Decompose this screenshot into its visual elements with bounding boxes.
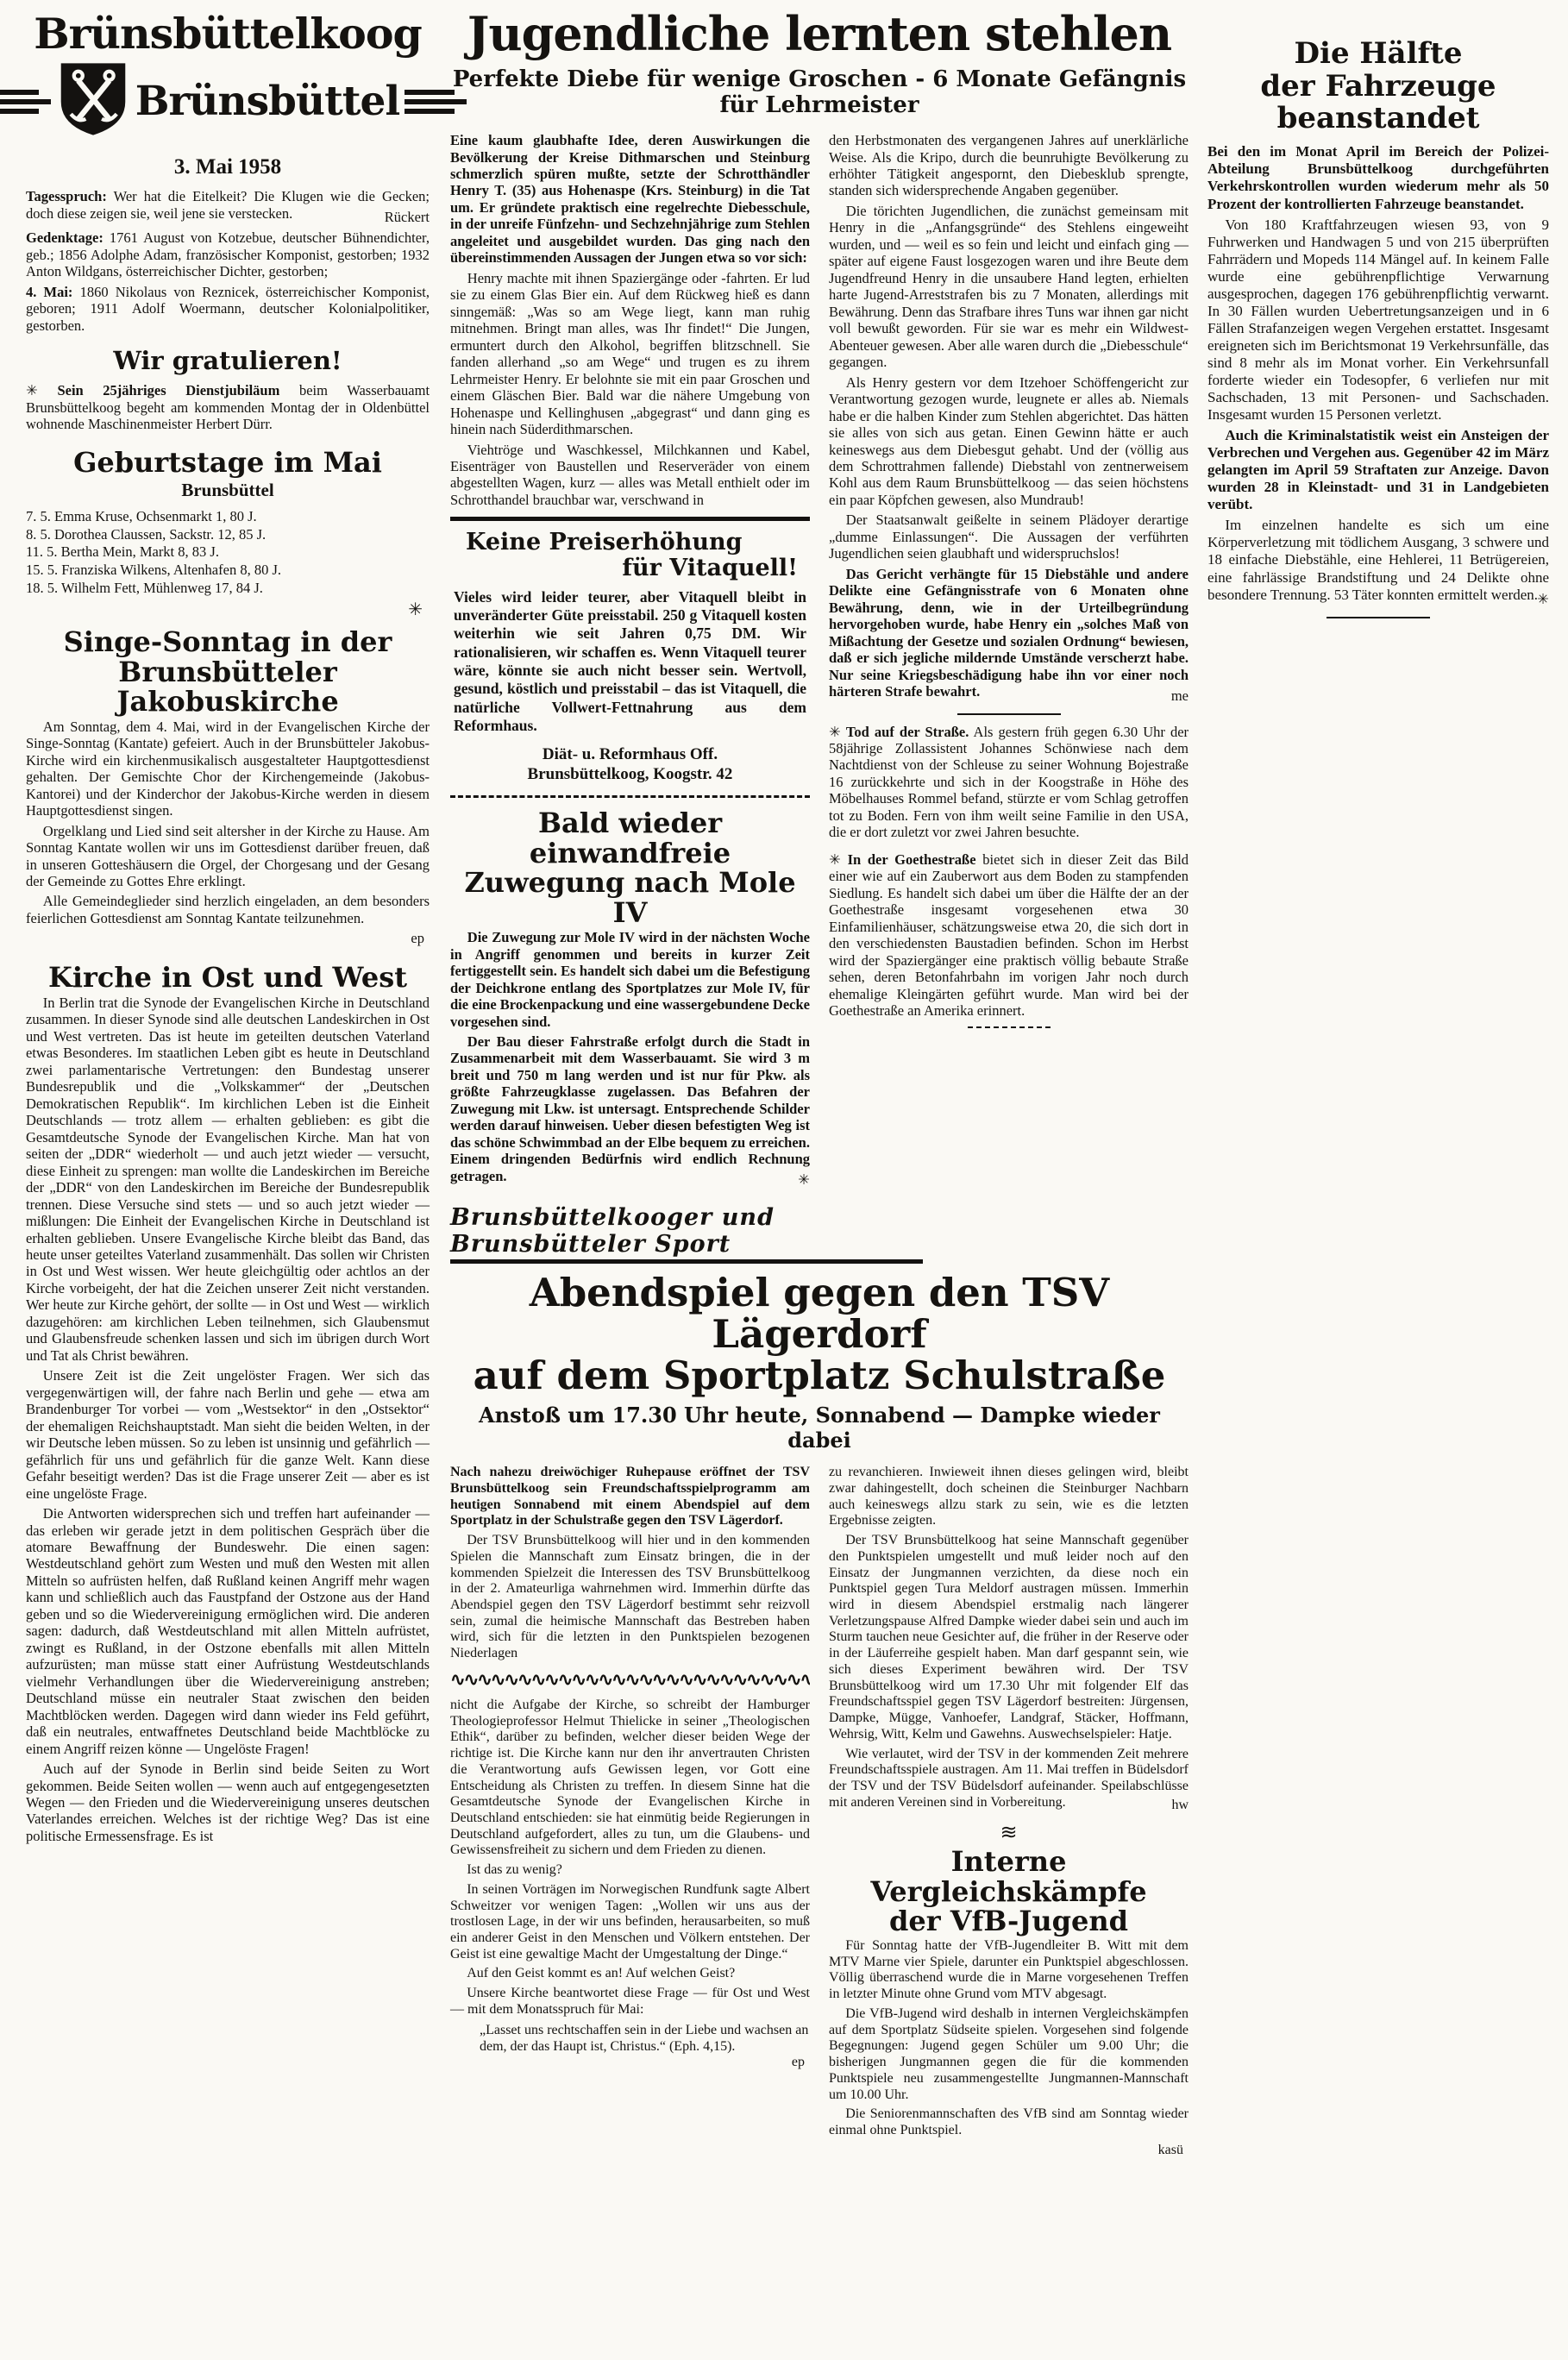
gratulieren-paragraph: ✳ Sein 25jähriges Dienstjubiläum beim Wa… — [26, 382, 430, 432]
tod-paragraph: ✳ Tod auf der Straße. Als gestern früh g… — [829, 724, 1189, 841]
masthead-title-line2: Brünsbüttel — [135, 78, 400, 125]
vitaquell-ad: Keine Preiserhöhung für Vitaquell! Viele… — [450, 517, 810, 798]
divider — [968, 1026, 1051, 1028]
sport-columns: Nach nahezu dreiwöchiger Ruhepause eröff… — [450, 1465, 1189, 2161]
main-article-column-b: den Herbstmonaten des vergangenen Jahres… — [829, 132, 1189, 1192]
monatsspruch-paragraph-3: In seinen Vorträgen im Norwegischen Rund… — [450, 1882, 810, 1963]
singe-signature: ep — [26, 930, 424, 947]
item-star-icon: ✳ — [26, 382, 38, 399]
mole-paragraph-2: Der Bau dieser Fahrstraße erfolgt durch … — [450, 1033, 810, 1184]
mole-heading-line2: Zuwegung nach Mole IV — [464, 866, 795, 929]
mole-heading: Bald wieder einwandfreieZuwegung nach Mo… — [450, 808, 810, 927]
right-heading-line2: der Fahrzeuge beanstandet — [1260, 69, 1496, 135]
main-article-column-a: Eine kaum glaubhafte Idee, deren Auswirk… — [450, 132, 810, 1192]
masthead-title-line1: Brünsbüttelkoog — [26, 12, 430, 56]
birthday-entry: 11. 5. Bertha Mein, Markt 8, 83 J. — [26, 543, 430, 562]
vitaquell-body: Vieles wird leider teurer, aber Vitaquel… — [454, 588, 806, 736]
vfb-paragraph-2: Die VfB-Jugend wird deshalb in internen … — [829, 2006, 1189, 2103]
sport-column-a: Nach nahezu dreiwöchiger Ruhepause eröff… — [450, 1465, 810, 2161]
goethe-text: bietet sich in dieser Zeit das Bild eine… — [829, 851, 1189, 1019]
divider — [1327, 617, 1430, 618]
vitaquell-address-line2: Brunsbüttelkoog, Koogstr. 42 — [528, 765, 733, 783]
sport-paragraph-b2: Der TSV Brunsbüttelkoog hat seine Mannsc… — [829, 1533, 1189, 1742]
geburtstage-heading: Geburtstage im Mai — [26, 448, 430, 478]
monatsspruch-paragraph-4: Auf den Geist kommt es an! Auf welchen G… — [450, 1966, 810, 1982]
kirche-paragraph-2: Unsere Zeit ist die Zeit ungelöster Frag… — [26, 1367, 430, 1502]
main-paragraph-b4: Der Staatsanwalt geißelte in seinem Pläd… — [829, 512, 1189, 562]
left-column: Brünsbüttelkoog — [26, 12, 430, 1848]
mai4-paragraph: 4. Mai: 1860 Nikolaus von Reznicek, öste… — [26, 284, 430, 334]
main-paragraph-a3: Viehtröge und Waschkessel, Milchkannen u… — [450, 442, 810, 509]
vfb-heading-line1: Interne Vergleichskämpfe — [870, 1845, 1146, 1908]
sport-subhead: Anstoß um 17.30 Uhr heute, Sonnabend — D… — [450, 1403, 1189, 1453]
section-star-icon: ✳ — [26, 599, 423, 620]
goethe-paragraph: ✳ In der Goethestraße bietet sich in die… — [829, 851, 1189, 1020]
main-verdict-paragraph: Das Gericht verhängte für 15 Diebstähle … — [829, 566, 1189, 700]
squiggle-divider-icon: ≋ — [829, 1820, 1189, 1845]
item-star-icon: ✳ — [829, 851, 841, 868]
birthday-entry: 7. 5. Emma Kruse, Ochsenmarkt 1, 80 J. — [26, 508, 430, 526]
singe-paragraph-2: Orgelklang und Lied sind seit altersher … — [26, 823, 430, 890]
sport-kicker-text: Brunsbüttelkooger und Brunsbütteler Spor… — [450, 1204, 923, 1258]
singe-heading-line1: Singe-Sonntag in der — [64, 625, 392, 658]
sport-kicker-rule — [450, 1259, 923, 1264]
main-headline: Jugendliche lernten stehlen — [450, 10, 1189, 58]
right-heading-line1: Die Hälfte — [1295, 36, 1463, 71]
birthday-entry: 15. 5. Franziska Wilkens, Altenhafen 8, … — [26, 562, 430, 580]
gedenktage-label: Gedenktage: — [26, 229, 103, 246]
birthday-entry: 18. 5. Wilhelm Fett, Mühlenweg 17, 84 J. — [26, 580, 430, 598]
main-article-columns: Eine kaum glaubhafte Idee, deren Auswirk… — [450, 132, 1189, 1192]
monatsspruch-quote: „Lasset uns rechtschaffen sein in der Li… — [480, 2022, 810, 2055]
masthead-row: Brünsbüttel — [26, 60, 430, 143]
issue-date: 3. Mai 1958 — [26, 155, 430, 179]
sport-headline: Abendspiel gegen den TSV Lägerdorfauf de… — [450, 1272, 1189, 1396]
kirche-heading: Kirche in Ost und West — [26, 963, 430, 993]
mole-article: Bald wieder einwandfreieZuwegung nach Mo… — [450, 808, 810, 1189]
vitaquell-address: Diät- u. Reformhaus Off.Brunsbüttelkoog,… — [454, 744, 806, 786]
masthead: Brünsbüttelkoog — [26, 12, 430, 179]
kirche-paragraph-4: Auch auf der Synode in Berlin sind beide… — [26, 1761, 430, 1844]
singe-heading: Singe-Sonntag in derBrunsbütteler Jakobu… — [26, 627, 430, 717]
mole-paragraph-1: Die Zuwegung zur Mole IV wird in der näc… — [450, 929, 810, 1030]
kirche-paragraph-3: Die Antworten widersprechen sich und tre… — [26, 1505, 430, 1757]
singe-paragraph-1: Am Sonntag, dem 4. Mai, wird in der Evan… — [26, 719, 430, 819]
kirche-paragraph-1: In Berlin trat die Synode der Evangelisc… — [26, 995, 430, 1364]
singe-heading-line2: Brunsbütteler Jakobuskirche — [116, 656, 338, 719]
monatsspruch-paragraph-2: Ist das zu wenig? — [450, 1862, 810, 1879]
item-star-icon: ✳ — [829, 724, 841, 740]
divider — [957, 713, 1061, 715]
shield-crossed-anchors-icon — [56, 60, 130, 143]
sport-lead-paragraph: Nach nahezu dreiwöchiger Ruhepause eröff… — [450, 1465, 810, 1529]
speed-lines-left-icon — [0, 90, 51, 114]
right-column: Die Hälfteder Fahrzeuge beanstandet Bei … — [1207, 14, 1549, 627]
geburtstage-subheading: Brunsbüttel — [26, 480, 430, 501]
main-paragraph-b2: Die törichten Jugendlichen, die zunächst… — [829, 203, 1189, 371]
vitaquell-address-line1: Diät- u. Reformhaus Off. — [543, 745, 718, 763]
main-paragraph-b1: den Herbstmonaten des vergangenen Jahres… — [829, 132, 1189, 199]
mole-heading-line1: Bald wieder einwandfreie — [530, 807, 731, 869]
right-heading: Die Hälfteder Fahrzeuge beanstandet — [1207, 38, 1549, 135]
mai4-text: 1860 Nikolaus von Reznicek, österreichis… — [26, 284, 430, 334]
center-section: Jugendliche lernten stehlen Perfekte Die… — [450, 5, 1189, 2162]
tod-lead: Tod auf der Straße. — [846, 724, 969, 740]
newspaper-page: Brünsbüttelkoog — [0, 0, 1568, 2360]
main-lead-paragraph: Eine kaum glaubhafte Idee, deren Auswirk… — [450, 132, 810, 267]
vfb-paragraph-1: Für Sonntag hatte der VfB-Jugendleiter B… — [829, 1938, 1189, 2003]
vfb-signature: kasü — [829, 2143, 1183, 2158]
mai4-label: 4. Mai: — [26, 284, 72, 300]
main-subhead: Perfekte Diebe für wenige Groschen - 6 M… — [450, 66, 1189, 118]
vitaquell-heading-line1: Keine Preiserhöhung — [454, 530, 806, 555]
monatsspruch-paragraph-1: nicht die Aufgabe der Kirche, so schreib… — [450, 1698, 810, 1859]
monatsspruch-paragraph-5: Unsere Kirche beantwortet diese Frage — … — [450, 1986, 810, 2018]
gratulieren-lead: Sein 25jähriges Dienstjubiläum — [57, 382, 279, 399]
tagesspruch-label: Tagesspruch: — [26, 188, 107, 204]
right-paragraph-4: Im einzelnen handelte es sich um eine Kö… — [1207, 517, 1549, 603]
monatsspruch-signature: ep — [450, 2055, 805, 2070]
sport-headline-line1: Abendspiel gegen den TSV Lägerdorf — [530, 1270, 1109, 1357]
right-paragraph-3: Auch die Kriminalstatistik weist ein Ans… — [1207, 427, 1549, 513]
quote-text: „Lasset uns rechtschaffen sein in der Li… — [480, 2023, 808, 2054]
vfb-heading: Interne Vergleichskämpfeder VfB-Jugend — [829, 1847, 1189, 1936]
sport-section: Brunsbüttelkooger und Brunsbütteler Spor… — [450, 1204, 1189, 2161]
birthday-entry: 8. 5. Dorothea Claussen, Sackstr. 12, 85… — [26, 526, 430, 544]
vfb-paragraph-3: Die Seniorenmannschaften des VfB sind am… — [829, 2106, 1189, 2138]
vfb-heading-line2: der VfB-Jugend — [889, 1905, 1128, 1937]
main-paragraph-a2: Henry machte mit ihnen Spaziergänge oder… — [450, 270, 810, 438]
gedenktage-paragraph: Gedenktage: 1761 August von Kotzebue, de… — [26, 229, 430, 279]
tod-text: Als gestern früh gegen 6.30 Uhr der 58jä… — [829, 724, 1189, 841]
sport-headline-line2: auf dem Sportplatz Schulstraße — [474, 1353, 1166, 1398]
quote-reference: (Eph. 4,15). — [669, 2039, 735, 2054]
sport-column-b: zu revanchieren. Inwieweit ihnen dieses … — [829, 1465, 1189, 2161]
sport-paragraph-b1: zu revanchieren. Inwieweit ihnen dieses … — [829, 1465, 1189, 1529]
gratulieren-heading: Wir gratulieren! — [26, 348, 430, 375]
rope-divider: ∿∿∿∿∿∿∿∿∿∿∿∿∿∿∿∿∿∿∿∿∿∿∿∿∿∿∿∿∿∿∿∿∿∿∿∿∿∿∿∿… — [450, 1671, 810, 1689]
sport-paragraph-a2: Der TSV Brunsbüttelkoog will hier und in… — [450, 1533, 810, 1662]
sport-kicker: Brunsbüttelkooger und Brunsbütteler Spor… — [450, 1204, 923, 1264]
singe-paragraph-3: Alle Gemeindeglieder sind herzlich einge… — [26, 893, 430, 926]
main-paragraph-b3: Als Henry gestern vor dem Itzehoer Schöf… — [829, 374, 1189, 509]
right-paragraph-2: Von 180 Kraftfahrzeugen wiesen 93, von 9… — [1207, 217, 1549, 424]
vitaquell-heading-line2: für Vitaquell! — [454, 555, 806, 581]
right-lead-paragraph: Bei den im Monat April im Bereich der Po… — [1207, 143, 1549, 212]
goethe-lead: In der Goethestraße — [848, 851, 976, 868]
